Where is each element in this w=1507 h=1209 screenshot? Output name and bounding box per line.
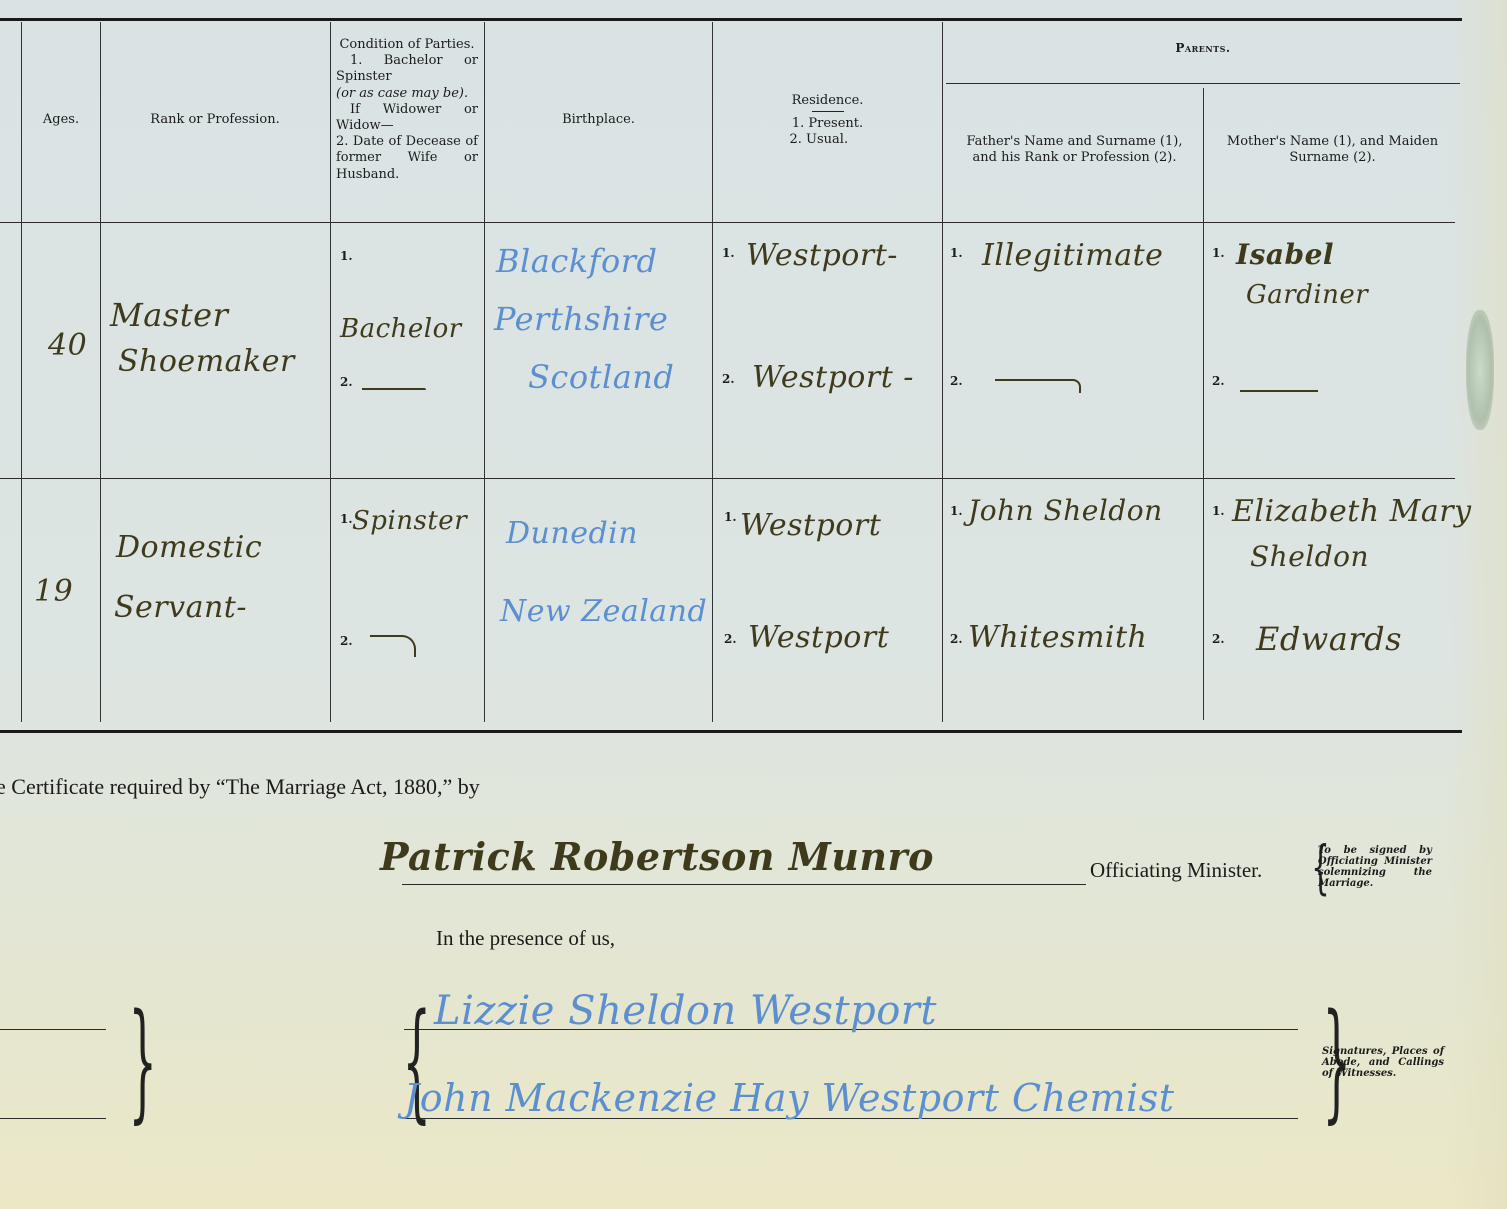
row1-birthplace-line1: Blackford [496, 242, 658, 280]
condition-italic: (or as case may be). [336, 86, 478, 102]
paper-stain [1466, 310, 1494, 430]
column-divider [942, 22, 943, 722]
header-condition-of-parties: Condition of Parties. 1. Bachelor or Spi… [336, 37, 478, 183]
column-divider [1203, 88, 1204, 720]
left-witness-brace: } [128, 998, 157, 1126]
row1-residence-label-2: 2. [722, 372, 735, 386]
row1-age: 40 [48, 328, 87, 363]
row1-residence-label-1: 1. [722, 246, 735, 260]
row-divider-rule [0, 478, 1455, 479]
row2-condition-2-dash [370, 635, 416, 657]
row1-father-name: Illegitimate [982, 238, 1163, 273]
residence-title: Residence. [792, 93, 864, 109]
witness-note: Signatures, Places of Abode, and Calling… [1322, 1046, 1444, 1079]
page-edge-shading [1447, 0, 1507, 1209]
row2-rank-line1: Domestic [116, 530, 262, 565]
presence-text: In the presence of us, [436, 926, 615, 951]
residence-usual: 2. Usual. [790, 132, 866, 148]
row2-father-label-2: 2. [950, 632, 963, 646]
header-mother: Mother's Name (1), and Maiden Surname (2… [1210, 130, 1455, 170]
witness-2-signature: John Mackenzie Hay Westport Chemist [404, 1076, 1175, 1120]
table-top-rule [0, 18, 1462, 21]
table-bottom-rule [0, 730, 1462, 733]
row2-mother-name-line1: Elizabeth Mary [1232, 494, 1472, 529]
left-witness-line-1 [0, 1029, 106, 1030]
row1-father-rank-dash [995, 379, 1081, 393]
row2-age: 19 [34, 574, 73, 609]
row2-rank-line2: Servant- [114, 590, 247, 625]
row1-condition-label-2: 2. [340, 375, 353, 389]
minister-signature: Patrick Robertson Munro [380, 834, 934, 879]
row1-condition-1: Bachelor [340, 314, 462, 344]
header-bottom-rule [0, 222, 1455, 223]
condition-line2: If Widower or Widow— [336, 102, 478, 134]
certificate-text: e Certificate required by “The Marriage … [0, 774, 480, 800]
row2-birthplace-line2: New Zealand [500, 594, 707, 629]
row2-mother-label-2: 2. [1212, 632, 1225, 646]
row1-father-label-2: 2. [950, 374, 963, 388]
row1-rank-line2: Shoemaker [118, 344, 295, 379]
row2-condition-label-2: 2. [340, 634, 353, 648]
row1-birthplace-line3: Scotland [528, 358, 674, 396]
minister-signature-line [402, 884, 1086, 885]
residence-present: 1. Present. [792, 116, 863, 132]
minister-label: Officiating Minister. [1090, 858, 1262, 883]
row2-father-rank: Whitesmith [968, 620, 1147, 655]
residence-rule [812, 111, 844, 112]
row1-condition-2-dash [362, 388, 426, 390]
row1-rank-line1: Master [110, 296, 228, 334]
parents-subheader-rule [946, 83, 1460, 84]
row2-residence-label-2: 2. [724, 632, 737, 646]
row1-mother-name-line1: Isabel [1236, 238, 1334, 271]
condition-line3: 2. Date of Decease of former Wife or Hus… [336, 134, 478, 183]
row1-mother-maiden-dash [1240, 390, 1318, 392]
row2-residence-present: Westport [740, 508, 881, 543]
column-divider [330, 22, 331, 722]
header-rank-or-profession: Rank or Profession. [100, 100, 330, 140]
row1-mother-name-line2: Gardiner [1246, 280, 1368, 310]
header-father: Father's Name and Surname (1), and his R… [946, 130, 1203, 170]
header-birthplace: Birthplace. [485, 100, 712, 140]
header-parents: Parents. [946, 38, 1460, 58]
condition-line1: 1. Bachelor or Spinster [336, 53, 478, 85]
row2-mother-name-line2: Sheldon [1250, 540, 1369, 573]
row2-birthplace-line1: Dunedin [506, 516, 638, 551]
row1-residence-usual: Westport - [752, 360, 914, 395]
header-residence: Residence. 1. Present. 2. Usual. [713, 80, 942, 160]
row1-mother-label-2: 2. [1212, 374, 1225, 388]
row2-mother-label-1: 1. [1212, 504, 1225, 518]
row2-condition-1: Spinster [352, 506, 467, 536]
row2-condition-label-1: 1. [340, 512, 353, 526]
minister-note: To be signed by Officiating Minister sol… [1318, 845, 1432, 889]
row2-father-label-1: 1. [950, 504, 963, 518]
left-witness-line-2 [0, 1118, 106, 1119]
witness-1-signature: Lizzie Sheldon Westport [434, 988, 937, 1034]
condition-title: Condition of Parties. [336, 37, 478, 53]
row1-condition-label-1: 1. [340, 249, 353, 263]
row2-father-name: John Sheldon [968, 494, 1163, 527]
header-ages: Ages. [22, 100, 100, 140]
row2-residence-label-1: 1. [724, 510, 737, 524]
row1-mother-label-1: 1. [1212, 246, 1225, 260]
row1-birthplace-line2: Perthshire [494, 300, 668, 338]
row2-residence-usual: Westport [748, 620, 889, 655]
row1-father-label-1: 1. [950, 246, 963, 260]
row1-residence-present: Westport- [746, 238, 898, 273]
row2-mother-maiden: Edwards [1256, 620, 1402, 658]
